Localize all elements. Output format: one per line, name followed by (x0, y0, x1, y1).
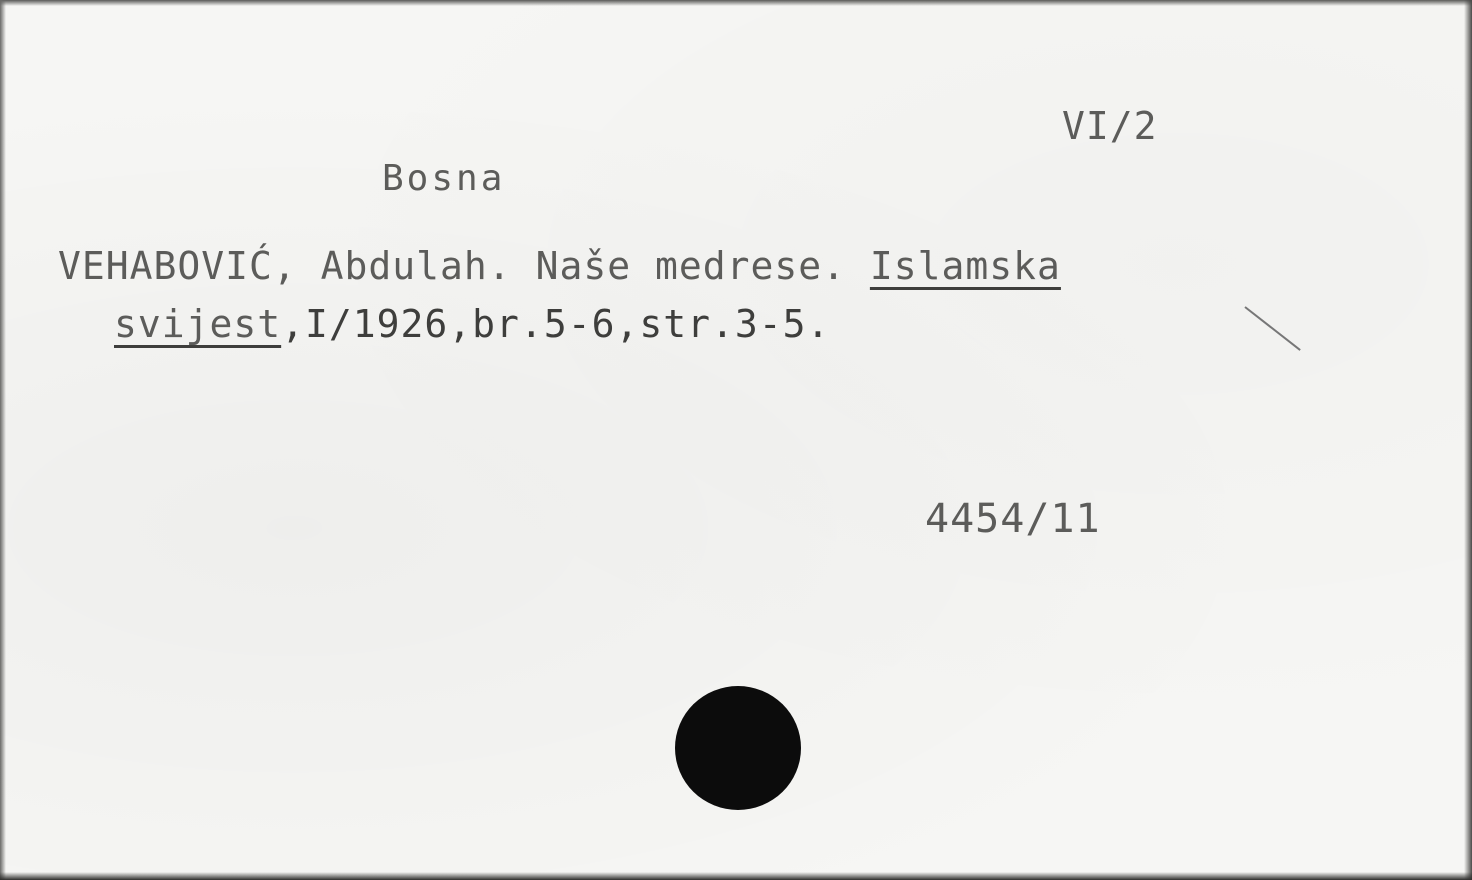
entry-line-1: VEHABOVIĆ, Abdulah. Naše medrese. Islams… (58, 244, 1061, 288)
journal-title-part1: Islamska (870, 244, 1061, 288)
punch-hole-icon (675, 686, 801, 810)
article-title: Naše medrese. (536, 244, 846, 288)
accession-number: 4454/11 (925, 496, 1101, 542)
card-edge-right (1464, 0, 1472, 880)
entry-line-2: svijest,I/1926,br.5-6,str.3-5. (114, 302, 830, 346)
classification-code: VI/2 (1062, 104, 1158, 148)
journal-title-part2: svijest (114, 302, 281, 346)
catalog-card: Bosna VI/2 VEHABOVIĆ, Abdulah. Naše medr… (0, 0, 1472, 880)
subject-heading: Bosna (382, 158, 505, 199)
author-name: VEHABOVIĆ, Abdulah. (58, 244, 512, 288)
pen-mark (1244, 306, 1300, 351)
citation-details: ,I/1926,br.5-6,str.3-5. (281, 302, 830, 346)
card-edge-bottom (0, 872, 1472, 880)
card-edge-top (0, 0, 1472, 6)
card-edge-left (0, 0, 6, 880)
